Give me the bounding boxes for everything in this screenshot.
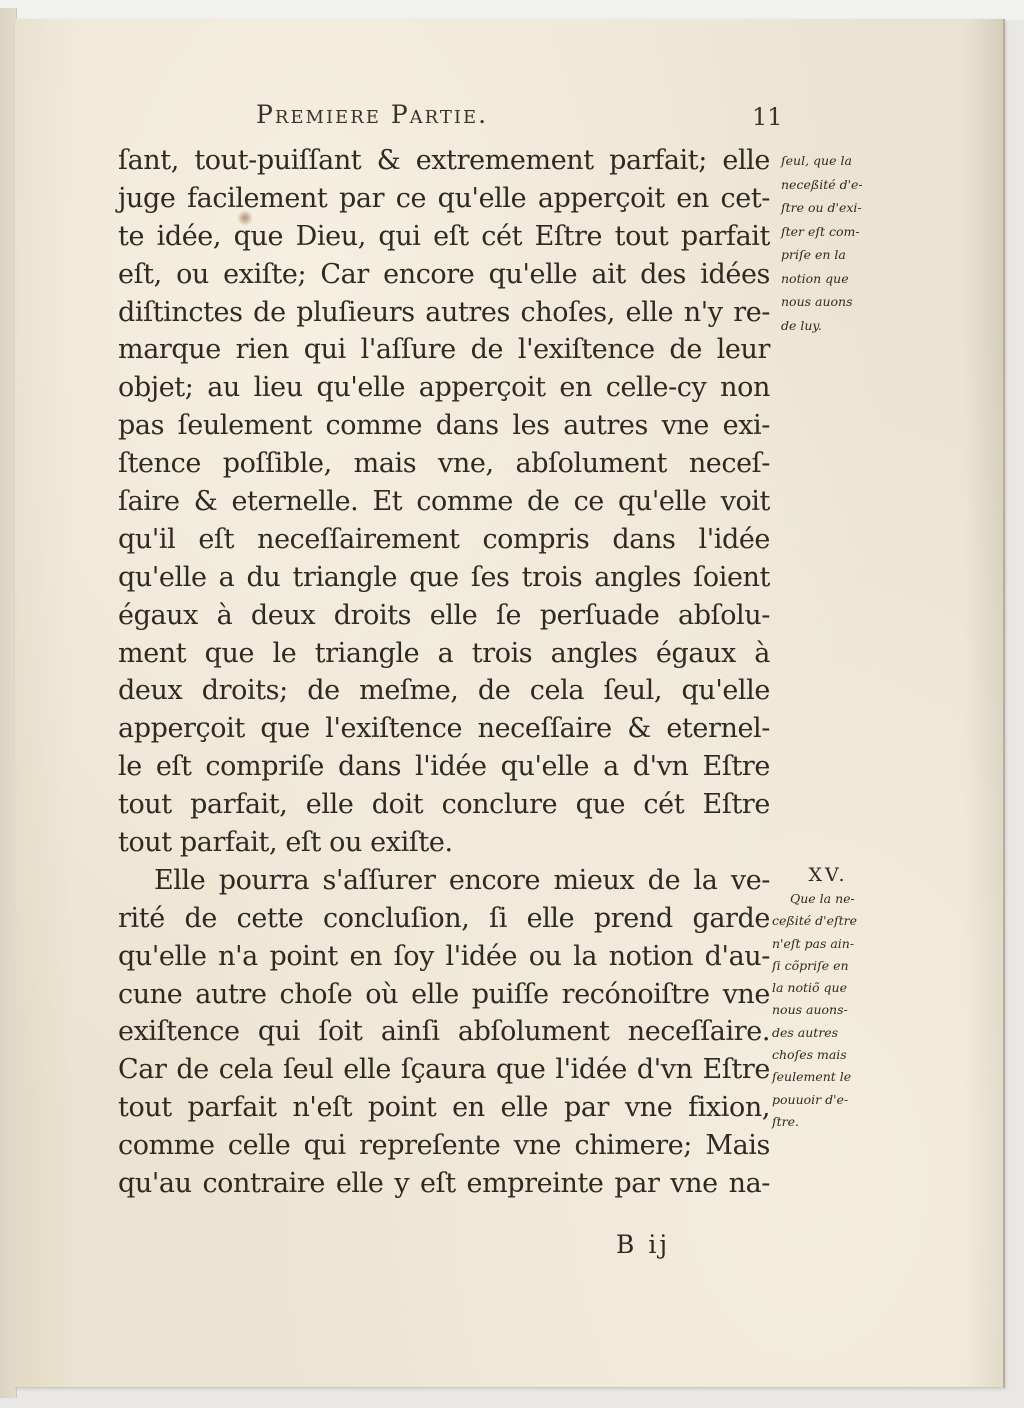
text-line: le eſt compriſe dans l'idée qu'elle a d'… [118,748,770,786]
note-line: n'eſt pas ain- [772,933,884,955]
text-line: comme celle qui repreſente vne chimere; … [118,1127,770,1165]
scan-backdrop [0,0,1024,20]
text-line: tout parfait n'eſt point en elle par vne… [118,1089,770,1127]
text-line: tout parfait, elle doit conclure que cét… [118,786,770,824]
note-line: neceßité d'e- [781,173,881,197]
note-line: priſe en la [781,243,881,267]
text-line: qu'il eſt neceſſairement compris dans l'… [118,521,770,559]
text-line: qu'elle n'a point en ſoy l'idée ou la no… [118,938,770,976]
note-line: nous auons- [772,999,884,1021]
text-line: ſaire & eternelle. Et comme de ce qu'ell… [118,483,770,521]
text-line: objet; au lieu qu'elle apperçoit en cell… [118,369,770,407]
signature-mark: B ij [616,1230,670,1259]
text-line: apperçoit que l'exiſtence neceſſaire & e… [118,710,770,748]
text-line: égaux à deux droits elle ſe perſuade abſ… [118,597,770,635]
text-line: qu'elle a du triangle que ſes trois angl… [118,559,770,597]
text-line: te idée, que Dieu, qui eſt cét Eſtre tou… [118,218,770,256]
note-line: ſter eſt com- [781,220,881,244]
text-line: deux droits; de meſme, de cela ſeul, qu'… [118,672,770,710]
note-line: ſeul, que la [781,149,881,173]
running-head: Premiere Partie. [256,100,488,129]
text-line: pas ſeulement comme dans les autres vne … [118,407,770,445]
note-line: Que la ne- [772,888,884,910]
text-line: diſtinctes de pluſieurs autres choſes, e… [118,294,770,332]
note-line: ſtre. [772,1111,884,1133]
note-line: ſi cõpriſe en [772,955,884,977]
note-line: pouuoir d'e- [772,1089,884,1111]
note-line: de luy. [781,314,881,338]
text-line: juge facilement par ce qu'elle apperçoit… [118,180,770,218]
text-line: ment que le triangle a trois angles égau… [118,635,770,673]
note-line: ſtre ou d'exi- [781,196,881,220]
paragraph-end-line: tout parfait, eſt ou exiſte. [118,824,770,862]
text-line: ſant, tout-puiſſant & extremement parfai… [118,142,770,180]
text-line: qu'au contraire elle y eſt empreinte par… [118,1165,770,1203]
main-text-block: ſant, tout-puiſſant & extremement parfai… [118,142,770,1203]
marginal-note-1: ſeul, que la neceßité d'e- ſtre ou d'exi… [781,149,881,337]
marginal-note-2: XV. Que la ne- ceßité d'eſtre n'eſt pas … [772,862,884,1133]
text-line: eſt, ou exiſte; Car encore qu'elle ait d… [118,256,770,294]
text-line: ſtence poſſible, mais vne, abſolument ne… [118,445,770,483]
note-line: notion que [781,267,881,291]
note-line: choſes mais [772,1044,884,1066]
page-number: 11 [752,103,783,131]
text-line: cune autre choſe où elle puiſſe recónoiſ… [118,976,770,1014]
text-line: rité de cette concluſion, ſi elle prend … [118,900,770,938]
text-line: Car de cela ſeul elle ſçaura que l'idée … [118,1051,770,1089]
section-number: XV. [772,862,884,888]
text-line: marque rien qui l'aſſure de l'exiſtence … [118,331,770,369]
note-line: la notiõ que [772,977,884,999]
note-line: des autres [772,1022,884,1044]
note-line: ſeulement le [772,1066,884,1088]
note-line: ceßité d'eſtre [772,910,884,932]
text-line: exiſtence qui ſoit ainſi abſolument nece… [118,1013,770,1051]
note-line: nous auons [781,290,881,314]
paragraph-start-line: Elle pourra s'aſſurer encore mieux de la… [118,862,770,900]
